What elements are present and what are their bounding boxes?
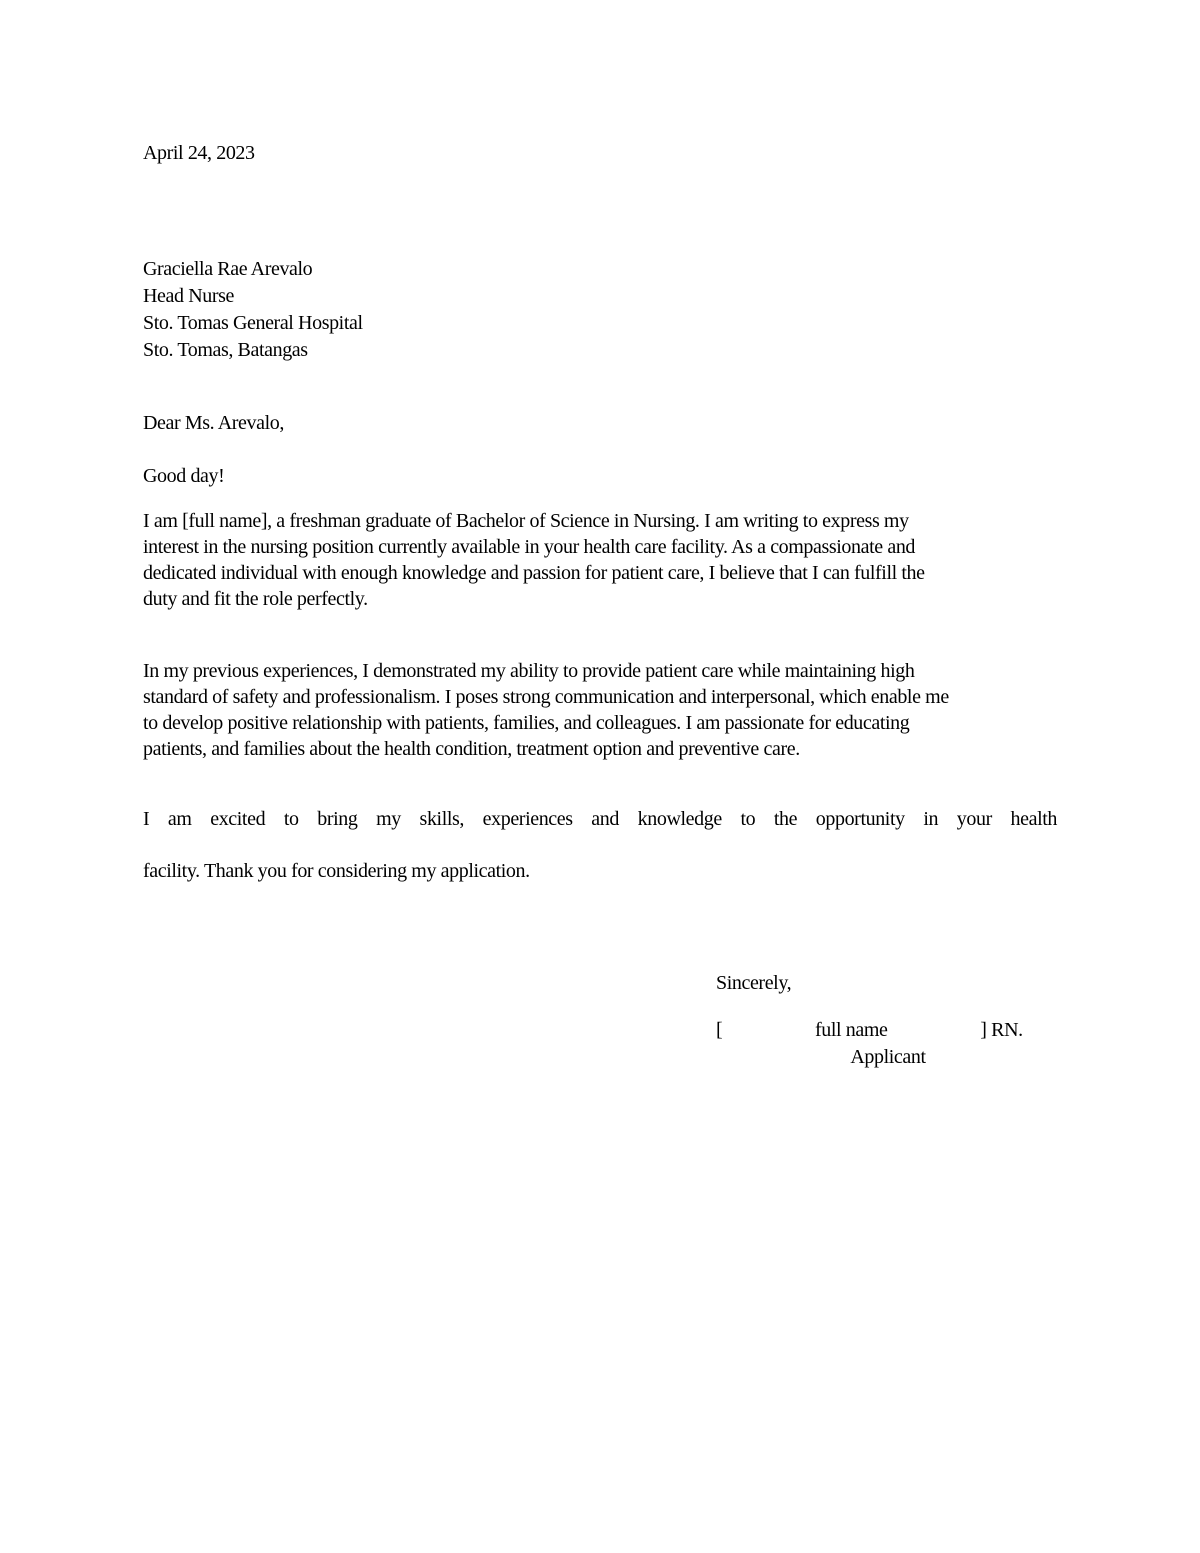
- paragraph-line: patients, and families about the health …: [143, 736, 1057, 762]
- document-page: April 24, 2023 Graciella Rae Arevalo Hea…: [0, 0, 1200, 1553]
- paragraph-line: facility. Thank you for considering my a…: [143, 858, 1057, 884]
- paragraph-line: I am [full name], a freshman graduate of…: [143, 508, 1057, 534]
- signature-bracket-close: ] RN.: [980, 1019, 1022, 1041]
- paragraph-line: dedicated individual with enough knowled…: [143, 560, 1057, 586]
- paragraph-line: interest in the nursing position current…: [143, 534, 1057, 560]
- paragraph-line: to develop positive relationship with pa…: [143, 710, 1057, 736]
- recipient-location: Sto. Tomas, Batangas: [143, 337, 363, 364]
- recipient-name: Graciella Rae Arevalo: [143, 256, 363, 283]
- body-paragraph-3: I am excited to bring my skills, experie…: [143, 806, 1057, 884]
- signature-line: [full name] RN.: [716, 1017, 1023, 1043]
- body-paragraph-2: In my previous experiences, I demonstrat…: [143, 658, 1057, 762]
- paragraph-line: In my previous experiences, I demonstrat…: [143, 658, 1057, 684]
- signature-role: Applicant: [716, 1044, 1060, 1070]
- body-paragraph-1: I am [full name], a freshman graduate of…: [143, 508, 1057, 612]
- salutation: Dear Ms. Arevalo,: [143, 410, 284, 436]
- letter-date: April 24, 2023: [143, 140, 255, 166]
- recipient-organization: Sto. Tomas General Hospital: [143, 310, 363, 337]
- recipient-title: Head Nurse: [143, 283, 363, 310]
- paragraph-line: standard of safety and professionalism. …: [143, 684, 1057, 710]
- signature-name-placeholder: full name: [722, 1017, 980, 1043]
- greeting: Good day!: [143, 463, 224, 489]
- paragraph-line: duty and fit the role perfectly.: [143, 586, 1057, 612]
- closing-valediction: Sincerely,: [716, 970, 791, 996]
- paragraph-line: I am excited to bring my skills, experie…: [143, 806, 1057, 858]
- recipient-block: Graciella Rae Arevalo Head Nurse Sto. To…: [143, 256, 363, 364]
